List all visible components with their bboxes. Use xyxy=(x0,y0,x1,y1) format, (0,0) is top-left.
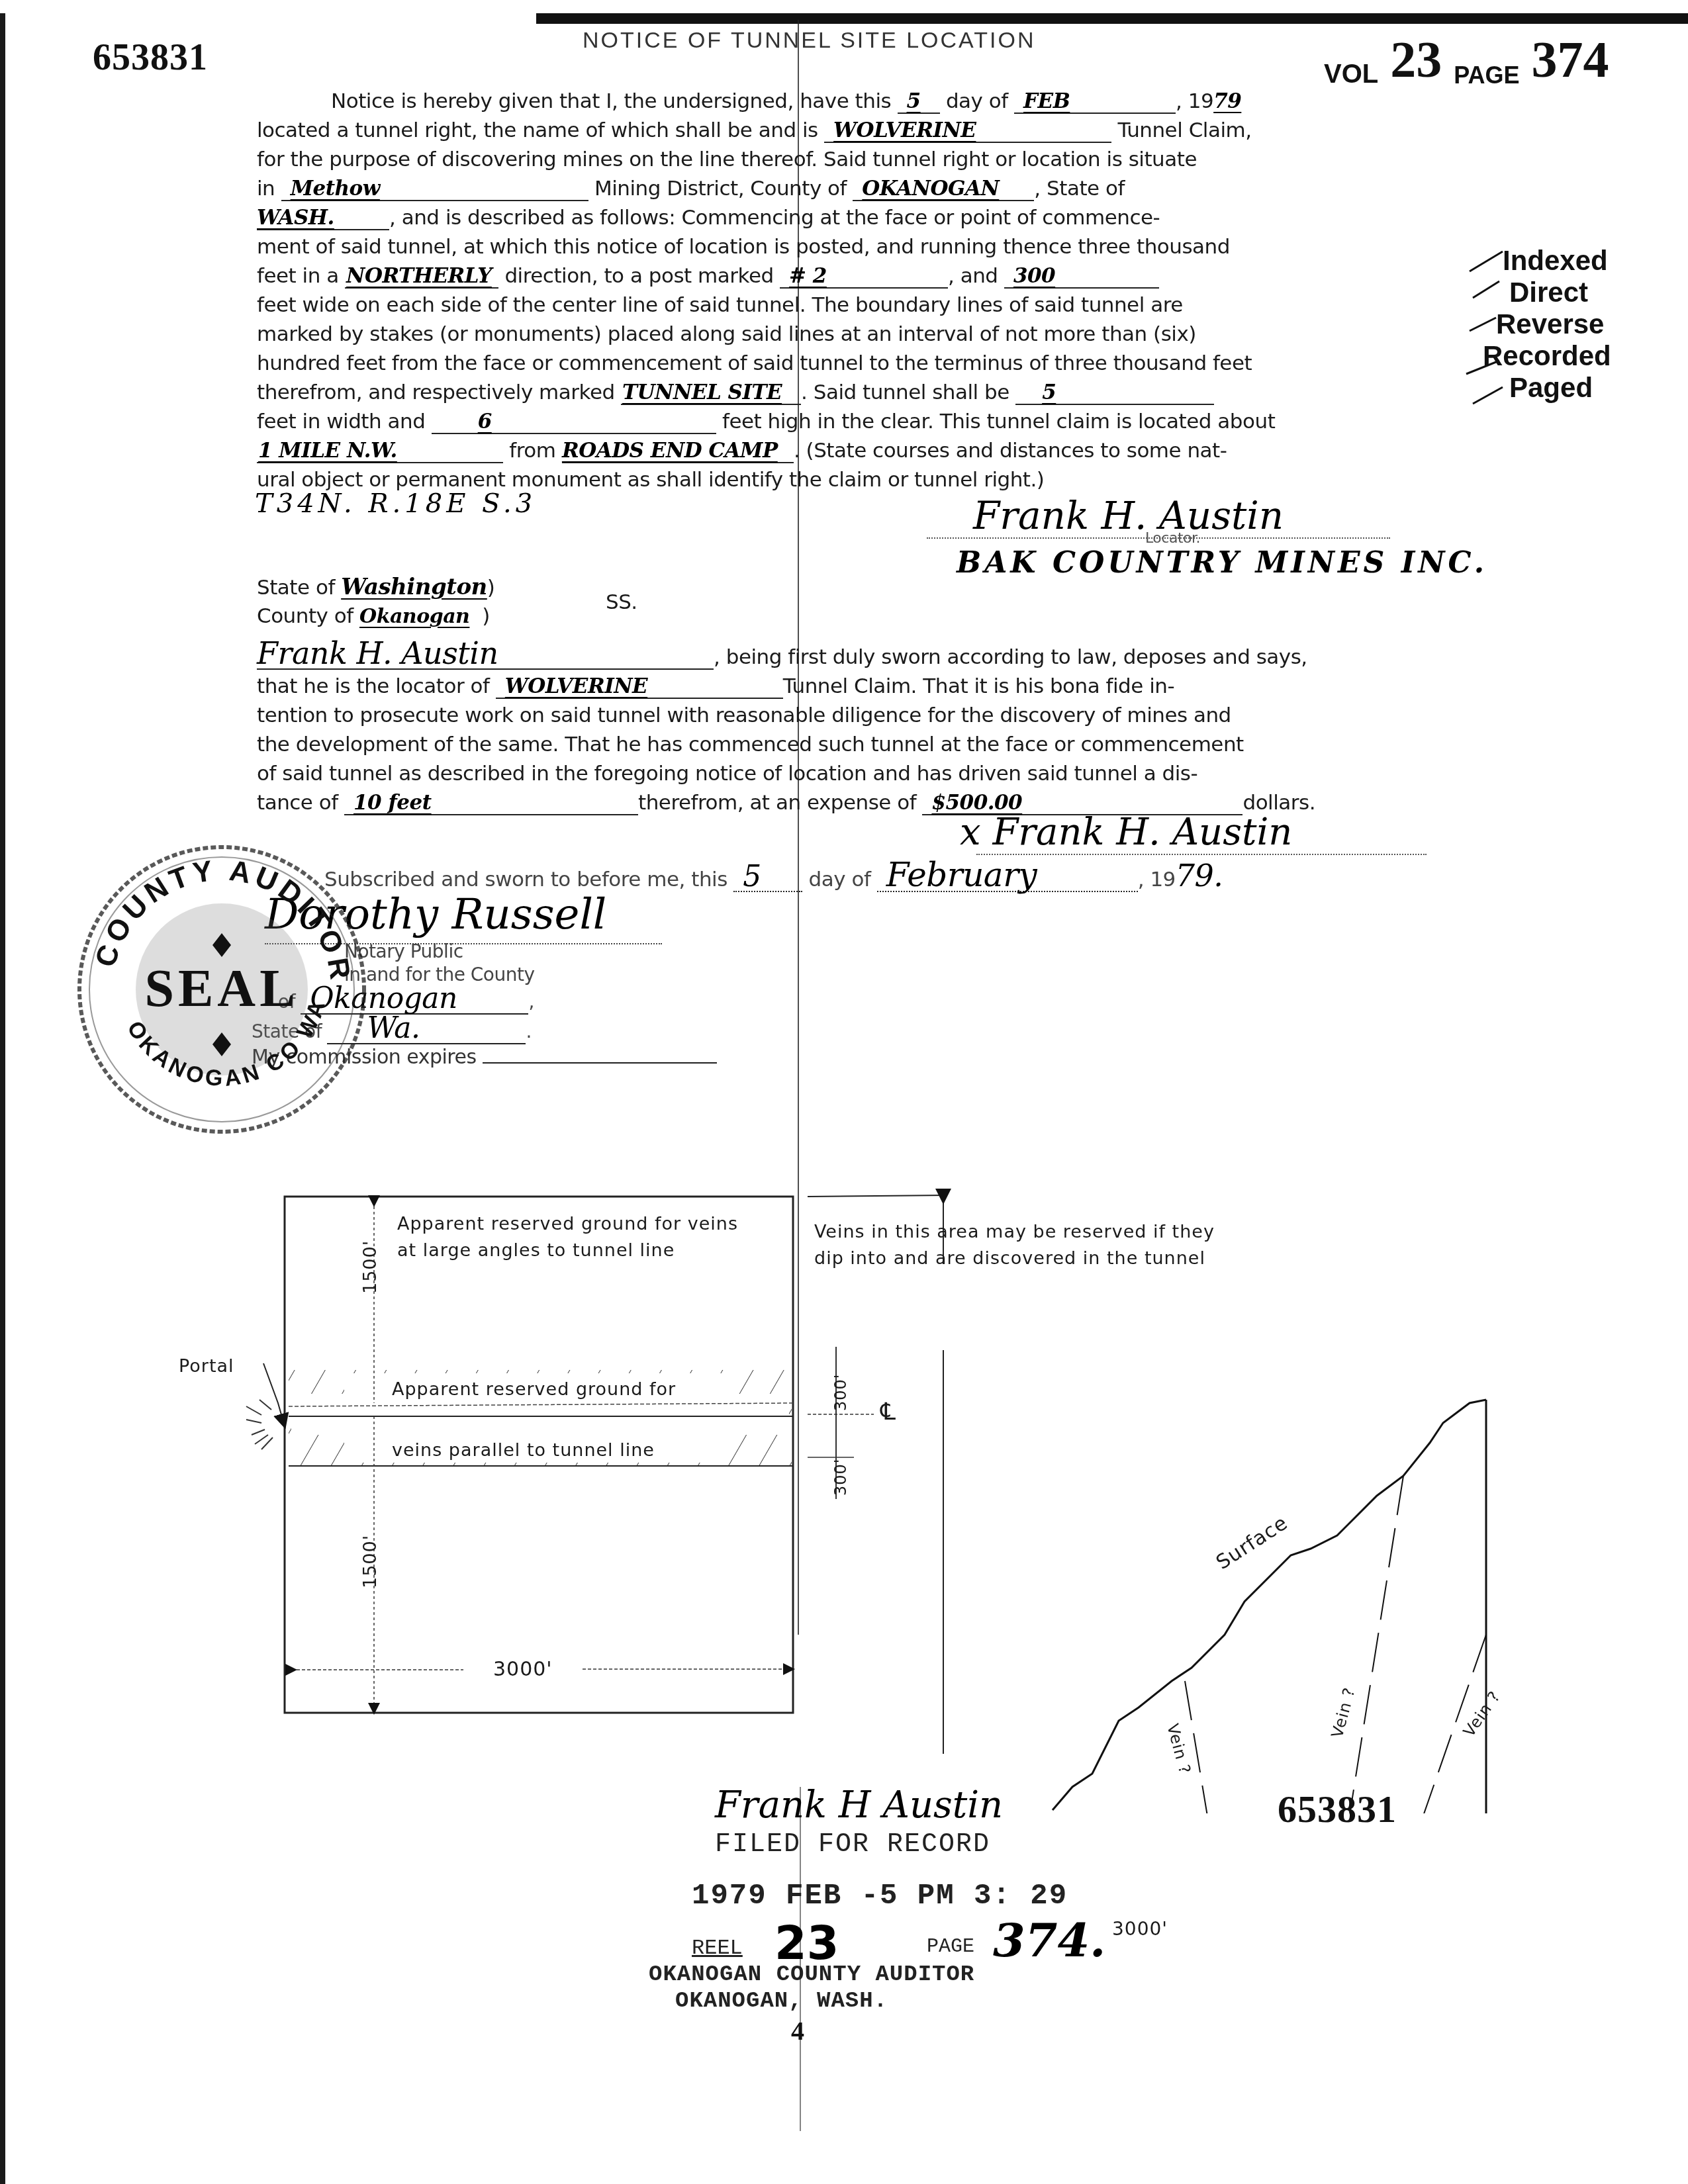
page-number: 4 xyxy=(791,2015,804,2046)
notice-line-1: Notice is hereby given that I, the under… xyxy=(331,85,1241,118)
notice-line-5: WASH., and is described as follows: Comm… xyxy=(257,201,1160,234)
dim-band-lower: 300' xyxy=(827,1459,854,1496)
tunnel-diagram: Apparent reserved ground for veins at la… xyxy=(0,1138,1688,1813)
landmark: ROADS END CAMP xyxy=(562,439,778,463)
direction: NORTHERLY xyxy=(346,264,492,288)
filing-page-value: 374. xyxy=(993,1913,1106,1968)
notice-line-2: located a tunnel right, the name of whic… xyxy=(257,114,1252,147)
filed-for-record: FILED FOR RECORD xyxy=(715,1830,990,1860)
tunnel-width: 5 xyxy=(1042,381,1056,404)
page-label: PAGE xyxy=(1454,62,1519,89)
notice-line-11: therefrom, and respectively marked TUNNE… xyxy=(257,376,1214,409)
notice-month: FEB xyxy=(1023,89,1070,113)
affidavit-line-1: Frank H. Austin, being first duly sworn … xyxy=(257,641,1307,674)
seal-center-text: SEAL xyxy=(145,960,299,1018)
filing-doc-number: 653831 xyxy=(1278,1787,1397,1831)
county-auditor: OKANOGAN COUNTY AUDITOR xyxy=(649,1962,974,1987)
subscribed-year: 79. xyxy=(1176,858,1223,893)
locator-signature: Frank H. Austin xyxy=(973,493,1284,538)
affidavit-line-4: the development of the same. That he has… xyxy=(257,728,1244,761)
vol-value: 23 xyxy=(1390,30,1442,89)
affidavit-line-3: tention to prosecute work on said tunnel… xyxy=(257,699,1231,732)
upper-reserved-label: Apparent reserved ground for veins at la… xyxy=(397,1211,741,1264)
filing-signature: Frank H Austin xyxy=(715,1784,1003,1827)
section-dim-3000: 3000' xyxy=(1112,1916,1168,1942)
claim-name: WOLVERINE xyxy=(833,118,976,142)
notice-year: 79 xyxy=(1213,89,1241,113)
mining-district: Methow xyxy=(291,177,380,201)
tunnel-height: 6 xyxy=(478,410,492,433)
distance-from-landmark: 1 MILE N.W. xyxy=(258,439,397,463)
filing-page-label: PAGE xyxy=(927,1936,974,1958)
distance-driven: 10 feet xyxy=(353,791,432,815)
portal-label: Portal xyxy=(179,1353,234,1380)
subscribed-day: 5 xyxy=(743,860,761,893)
vol-label: VOL xyxy=(1324,60,1378,89)
county-auditor-seal: COUNTY AUDITOR OKANOGAN CO WASH SEAL xyxy=(66,834,377,1145)
notice-line-13: 1 MILE N.W. from ROADS END CAMP. (State … xyxy=(257,434,1227,467)
legal-description: T34N. R.18E S.3 xyxy=(255,488,536,519)
subscribed-month: February xyxy=(886,856,1037,894)
notice-line-4: in Methow Mining District, County of OKA… xyxy=(257,172,1125,205)
county-name: OKANOGAN xyxy=(862,177,999,201)
notice-line-8: feet wide on each side of the center lin… xyxy=(257,289,1183,322)
locator-label: Locator. xyxy=(1145,529,1200,548)
checkmarks-icon xyxy=(1463,245,1523,410)
affiant-signature: x Frank H. Austin xyxy=(960,811,1292,854)
band-label-1: Apparent reserved ground for xyxy=(392,1377,676,1403)
affidavit-county-value: Okanogan xyxy=(359,605,469,628)
affiant-signature-line xyxy=(976,854,1427,855)
width-each-side: 300 xyxy=(1013,264,1055,288)
dim-width-3000: 3000' xyxy=(493,1657,553,1683)
centerline-symbol: ℄ xyxy=(880,1399,896,1426)
commission-value xyxy=(483,1062,717,1064)
company-name: BAK COUNTRY MINES INC. xyxy=(957,546,1487,580)
vol-page-stamp: VOL 23 PAGE 374 xyxy=(1324,30,1609,89)
affidavit-line-2: that he is the locator of WOLVERINETunne… xyxy=(257,670,1174,703)
notice-line-9: marked by stakes (or monuments) placed a… xyxy=(257,318,1196,351)
affidavit-line-5: of said tunnel as described in the foreg… xyxy=(257,757,1197,790)
affidavit-county: County of Okanogan ) xyxy=(257,600,490,633)
affidavit-claim-name: WOLVERINE xyxy=(505,674,647,698)
dim-lower-1500: 1500' xyxy=(357,1535,384,1588)
document-number: 653831 xyxy=(93,36,208,79)
section-note: Veins in this area may be reserved if th… xyxy=(814,1219,1225,1272)
affiant-name: Frank H. Austin xyxy=(257,635,498,671)
state-name: WASH. xyxy=(257,206,334,230)
scan-edge-top xyxy=(536,13,1688,24)
notice-line-7: feet in a NORTHERLY direction, to a post… xyxy=(257,259,1159,293)
dim-band-upper: 300' xyxy=(827,1374,854,1411)
reel-label: REEL xyxy=(692,1936,743,1960)
stakes-marked: TUNNEL SITE xyxy=(622,381,782,404)
seal-icon: COUNTY AUDITOR OKANOGAN CO WASH SEAL xyxy=(66,834,377,1145)
band-label-2: veins parallel to tunnel line xyxy=(392,1437,655,1464)
affidavit-state-value: Washington xyxy=(341,574,487,600)
filing-timestamp: 1979 FEB -5 PM 3: 29 xyxy=(692,1880,1068,1913)
auditor-location: OKANOGAN, WASH. xyxy=(675,1989,888,2014)
notice-line-12: feet in width and 6 feet high in the cle… xyxy=(257,405,1275,438)
notice-line-3: for the purpose of discovering mines on … xyxy=(257,143,1197,176)
notice-line-6: ment of said tunnel, at which this notic… xyxy=(257,230,1230,263)
page-value: 374 xyxy=(1532,30,1609,89)
ss-label: SS. xyxy=(606,586,637,619)
scan-edge-left xyxy=(0,13,5,2184)
notice-day: 5 xyxy=(907,89,921,113)
document-title: NOTICE OF TUNNEL SITE LOCATION xyxy=(583,28,1035,54)
post-marked: # 2 xyxy=(789,264,827,288)
notice-line-10: hundred feet from the face or commenceme… xyxy=(257,347,1252,380)
dim-upper-1500: 1500' xyxy=(357,1240,384,1294)
index-stamp: Indexed Direct Reverse Recorded Paged xyxy=(1483,245,1611,404)
